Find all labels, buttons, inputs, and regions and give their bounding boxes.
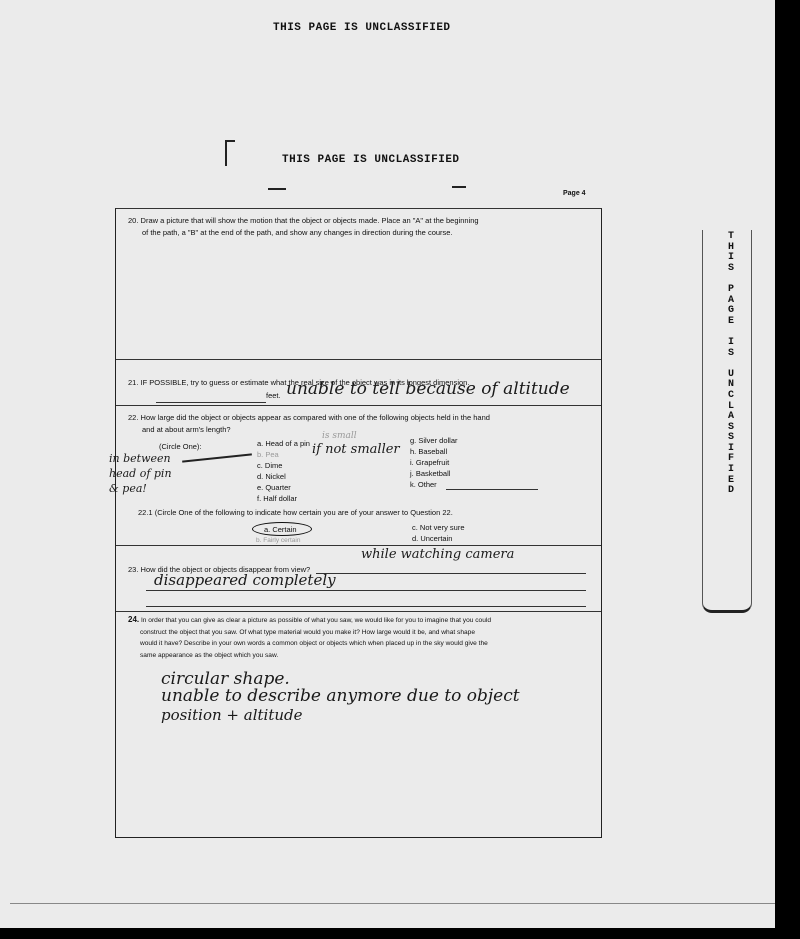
answer-line [156, 402, 266, 403]
selection-circle [252, 522, 312, 536]
option-b[interactable]: b. Pea [257, 449, 279, 460]
option-k[interactable]: k. Other [410, 479, 437, 490]
question-text: and at about arm's length? [128, 425, 231, 434]
question-number: 23. [128, 565, 138, 574]
question-number: 21. [128, 378, 138, 387]
section-divider [116, 359, 601, 360]
handwritten-answer: unable to describe anymore due to object [161, 686, 520, 706]
scan-mark [452, 186, 466, 188]
option-e[interactable]: e. Quarter [257, 482, 291, 493]
page-number: Page 4 [563, 190, 586, 197]
handwritten-annotation: is small [322, 431, 357, 441]
option-j[interactable]: j. Basketball [410, 468, 450, 479]
question-text: same appearance as the object which you … [128, 652, 278, 659]
option-d[interactable]: d. Nickel [257, 471, 286, 482]
question-text: would it have? Describe in your own word… [128, 640, 488, 647]
classification-stamp-top: THIS PAGE IS UNCLASSIFIED [273, 22, 451, 34]
answer-line [146, 590, 586, 591]
option-c[interactable]: c. Dime [257, 460, 282, 471]
handwritten-answer: unable to tell because of altitude [286, 379, 570, 399]
scanned-page: THIS PAGE IS UNCLASSIFIED THIS PAGE IS U… [0, 0, 775, 928]
question-22: 22. How large did the object or objects … [128, 412, 598, 436]
question-text: construct the object that you saw. Of wh… [128, 629, 475, 636]
certainty-option-d[interactable]: d. Uncertain [412, 533, 452, 544]
answer-line [316, 573, 586, 574]
question-22-1: 22.1 (Circle One of the following to ind… [138, 507, 598, 519]
question-number: 20. [128, 216, 138, 225]
classification-stamp-middle: THIS PAGE IS UNCLASSIFIED [282, 154, 460, 166]
other-line [446, 489, 538, 490]
question-text: How large did the object or objects appe… [141, 413, 490, 422]
scan-edge-line [10, 903, 775, 904]
certainty-option-c[interactable]: c. Not very sure [412, 522, 465, 533]
corner-mark [225, 140, 235, 166]
annotation-arrow [182, 453, 252, 462]
option-h[interactable]: h. Baseball [410, 446, 447, 457]
question-20: 20. Draw a picture that will show the mo… [128, 215, 588, 239]
section-divider [116, 545, 601, 546]
scan-mark [268, 188, 286, 190]
question-text: (Circle One of the following to indicate… [155, 508, 453, 517]
handwritten-annotation: if not smaller [312, 442, 400, 457]
section-divider [116, 405, 601, 406]
drawing-area[interactable] [116, 243, 601, 359]
handwritten-answer: disappeared completely [154, 571, 336, 589]
option-f[interactable]: f. Half dollar [257, 493, 297, 504]
handwritten-annotation: & pea! [109, 482, 147, 495]
unit-label: feet. [266, 390, 281, 402]
option-i[interactable]: i. Grapefruit [410, 457, 449, 468]
question-text: of the path, a "B" at the end of the pat… [128, 228, 453, 237]
handwritten-annotation: in between [109, 452, 171, 465]
question-number: 24. [128, 615, 139, 624]
section-divider [116, 611, 601, 612]
question-number: 22. [128, 413, 138, 422]
questionnaire-form: 20. Draw a picture that will show the mo… [115, 208, 602, 838]
question-24: 24. In order that you can give as clear … [128, 614, 598, 661]
classification-stamp-side: T H I S P A G E I S U N C L A S S I F I … [724, 232, 738, 497]
handwritten-annotation: head of pin [109, 467, 172, 480]
option-a[interactable]: a. Head of a pin [257, 438, 310, 449]
question-number: 22.1 [138, 508, 153, 517]
question-text: In order that you can give as clear a pi… [141, 617, 491, 624]
handwritten-answer: while watching camera [361, 547, 514, 562]
answer-line [146, 606, 586, 607]
question-text: Draw a picture that will show the motion… [141, 216, 479, 225]
option-g[interactable]: g. Silver dollar [410, 435, 458, 446]
handwritten-answer: position + altitude [161, 706, 302, 724]
